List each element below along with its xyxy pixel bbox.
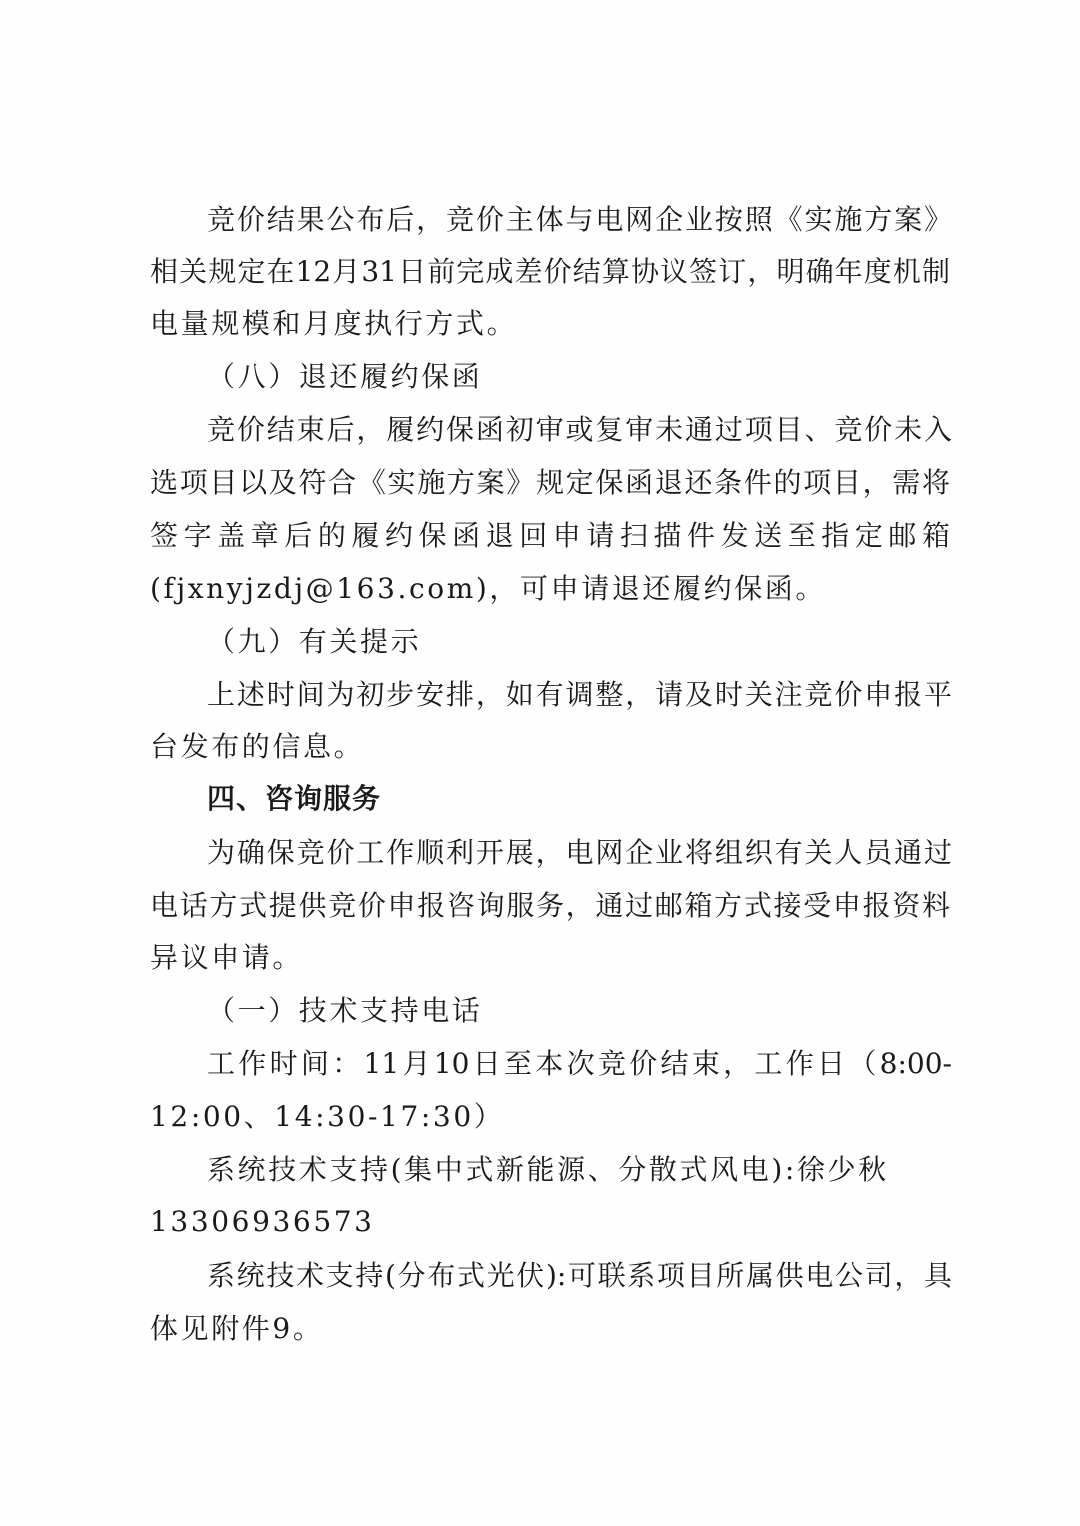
section-heading-consulting: 四、咨询服务: [207, 779, 1007, 819]
paragraph-line: 台发布的信息。: [150, 727, 950, 767]
support-contact-line: 系统技术支持(分布式光伏):可联系项目所属供电公司，具: [207, 1256, 952, 1296]
working-hours-line: 12:00、14:30-17:30）: [150, 1097, 950, 1137]
paragraph-line-email: (fjxnyjzdj@163.com)，可申请退还履约保函。: [150, 569, 950, 609]
paragraph-line: 电话方式提供竞价申报咨询服务，通过邮箱方式接受申报资料: [150, 886, 950, 926]
paragraph-line: 选项目以及符合《实施方案》规定保函退还条件的项目，需将: [150, 463, 950, 503]
subheading-return-guarantee: （八）退还履约保函: [207, 357, 1007, 397]
working-hours-line: 工作时间：11月10日至本次竞价结束，工作日（8:00-: [207, 1044, 952, 1084]
paragraph-line: 为确保竞价工作顺利开展，电网企业将组织有关人员通过: [207, 833, 952, 873]
support-contact-line: 系统技术支持(集中式新能源、分散式风电):徐少秋: [207, 1150, 952, 1190]
paragraph-line: 异议申请。: [150, 938, 950, 978]
support-contact-line: 体见附件9。: [150, 1309, 950, 1349]
paragraph-line: 竞价结果公布后，竞价主体与电网企业按照《实施方案》: [207, 200, 952, 240]
paragraph-line: 电量规模和月度执行方式。: [150, 304, 950, 344]
subheading-notes: （九）有关提示: [207, 622, 1007, 662]
subheading-tech-support-phone: （一）技术支持电话: [207, 991, 1007, 1031]
document-page: 竞价结果公布后，竞价主体与电网企业按照《实施方案》 相关规定在12月31日前完成…: [0, 0, 1080, 1526]
paragraph-line: 上述时间为初步安排，如有调整，请及时关注竞价申报平: [207, 675, 952, 715]
support-phone-number: 13306936573: [150, 1202, 950, 1242]
paragraph-line: 竞价结束后，履约保函初审或复审未通过项目、竞价未入: [207, 410, 952, 450]
paragraph-line: 签字盖章后的履约保函退回申请扫描件发送至指定邮箱: [150, 516, 950, 556]
paragraph-line: 相关规定在12月31日前完成差价结算协议签订，明确年度机制: [150, 252, 950, 292]
